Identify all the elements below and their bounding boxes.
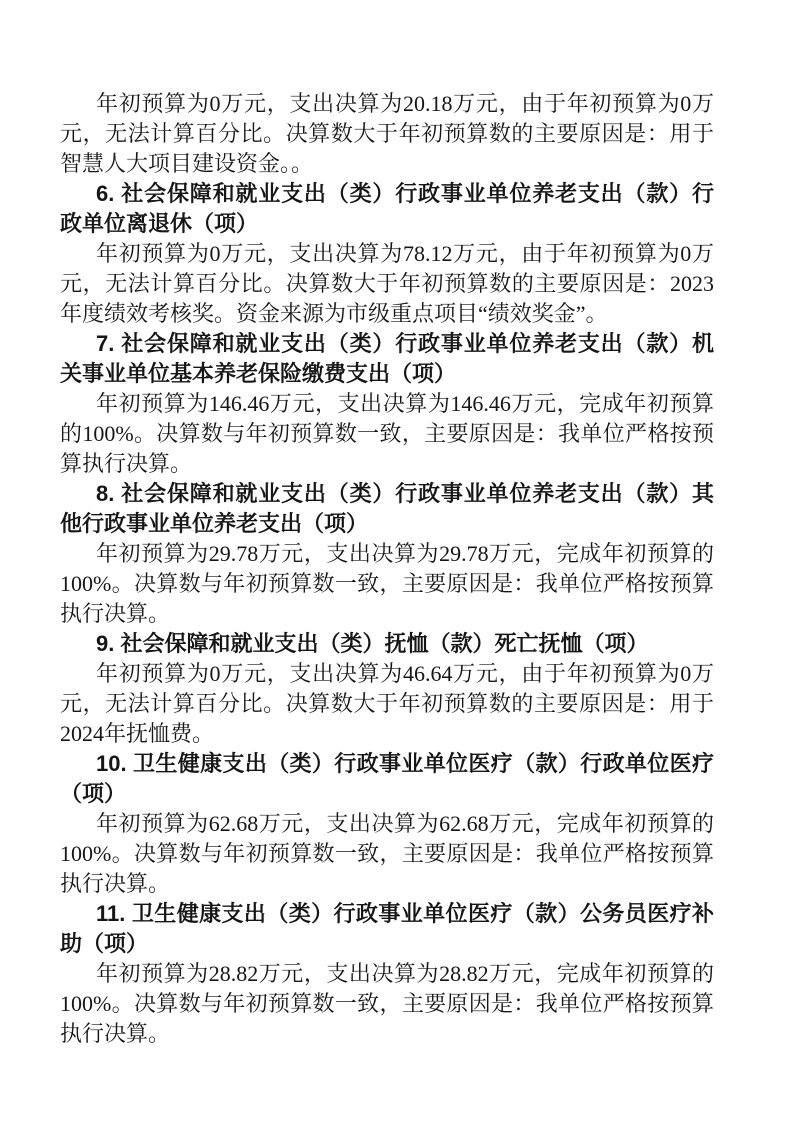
section-heading: 10. 卫生健康支出（类）行政事业单位医疗（款）行政单位医疗（项） — [60, 749, 714, 809]
body-paragraph: 年初预算为62.68万元，支出决算为62.68万元，完成年初预算的100%。决算… — [60, 809, 714, 899]
body-paragraph: 年初预算为0万元，支出决算为20.18万元，由于年初预算为0万元，无法计算百分比… — [60, 89, 714, 179]
section-heading: 7. 社会保障和就业支出（类）行政事业单位养老支出（款）机关事业单位基本养老保险… — [60, 329, 714, 389]
section-heading: 9. 社会保障和就业支出（类）抚恤（款）死亡抚恤（项） — [60, 629, 714, 659]
document-page: 年初预算为0万元，支出决算为20.18万元，由于年初预算为0万元，无法计算百分比… — [0, 0, 793, 1122]
body-paragraph: 年初预算为0万元，支出决算为46.64万元，由于年初预算为0万元，无法计算百分比… — [60, 659, 714, 749]
body-paragraph: 年初预算为29.78万元，支出决算为29.78万元，完成年初预算的100%。决算… — [60, 539, 714, 629]
body-paragraph: 年初预算为146.46万元，支出决算为146.46万元，完成年初预算的100%。… — [60, 389, 714, 479]
section-heading: 8. 社会保障和就业支出（类）行政事业单位养老支出（款）其他行政事业单位养老支出… — [60, 479, 714, 539]
body-paragraph: 年初预算为0万元，支出决算为78.12万元，由于年初预算为0万元，无法计算百分比… — [60, 239, 714, 329]
section-heading: 11. 卫生健康支出（类）行政事业单位医疗（款）公务员医疗补助（项） — [60, 899, 714, 959]
section-heading: 6. 社会保障和就业支出（类）行政事业单位养老支出（款）行政单位离退休（项） — [60, 179, 714, 239]
body-paragraph: 年初预算为28.82万元，支出决算为28.82万元，完成年初预算的100%。决算… — [60, 959, 714, 1049]
